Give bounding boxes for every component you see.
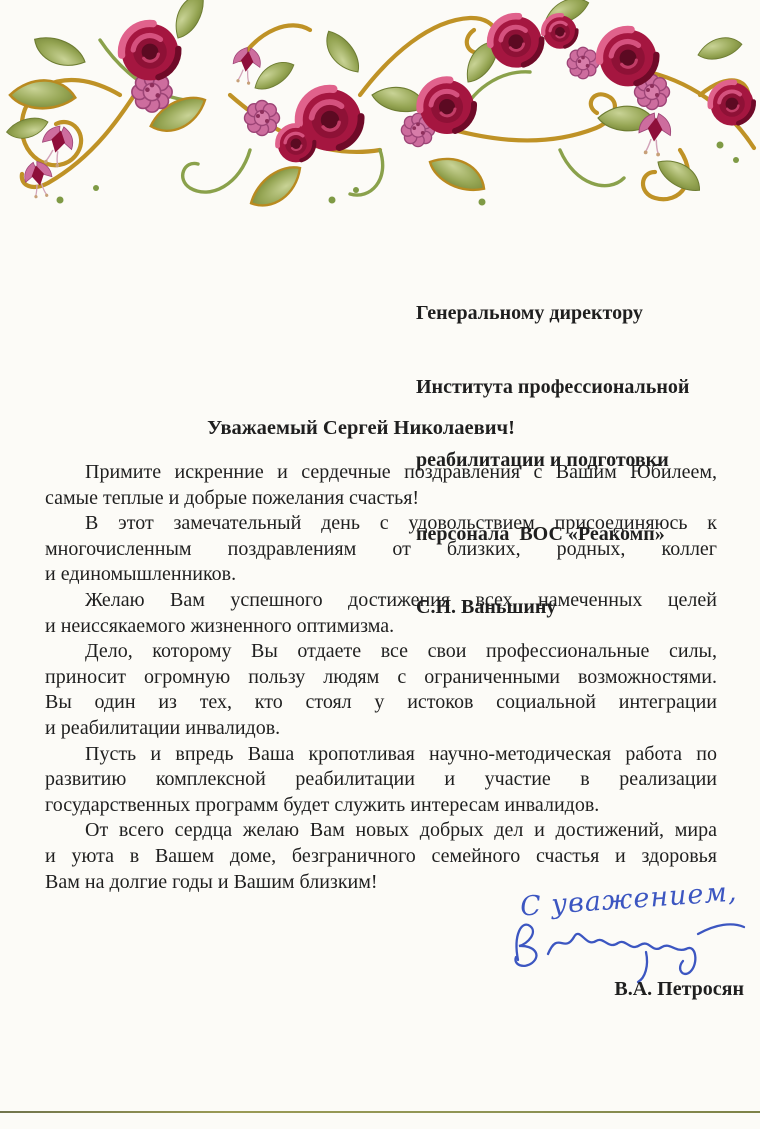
body-line: В этот замечательный день с удовольствие… [45, 511, 717, 537]
body-line: Вы один из тех, кто стоял у истоков соци… [45, 690, 717, 716]
letter-body: Примите искренние и сердечные поздравлен… [45, 460, 717, 895]
addressee-line: Генеральному директору [416, 301, 689, 326]
body-line: и неиссякаемого жизненного оптимизма. [45, 614, 717, 640]
body-line: государственных программ будет служить и… [45, 793, 717, 819]
body-line: От всего сердца желаю Вам новых добрых д… [45, 818, 717, 844]
body-line: Пусть и впредь Ваша кропотливая научно-м… [45, 742, 717, 768]
salutation: Уважаемый Сергей Николаевич! [45, 417, 677, 440]
body-line: многочисленным поздравлениям от близких,… [45, 537, 717, 563]
body-line: самые теплые и добрые пожелания счастья! [45, 486, 717, 512]
paragraph: От всего сердца желаю Вам новых добрых д… [45, 818, 717, 895]
body-line: развитию комплексной реабилитации и учас… [45, 767, 717, 793]
addressee-line: Института профессиональной [416, 375, 689, 400]
body-line: Желаю Вам успешного достижения всех наме… [45, 588, 717, 614]
paragraph: Примите искренние и сердечные поздравлен… [45, 460, 717, 511]
paragraph: Пусть и впредь Ваша кропотливая научно-м… [45, 742, 717, 819]
letter-page: Генеральному директору Института професс… [0, 0, 760, 1129]
signature-scribble [498, 912, 754, 984]
body-line: и единомышленников. [45, 562, 717, 588]
body-line: Примите искренние и сердечные поздравлен… [45, 460, 717, 486]
body-line: Дело, которому Вы отдаете все свои профе… [45, 639, 717, 665]
page-bottom-rule [0, 1111, 760, 1113]
paragraph: Желаю Вам успешного достижения всех наме… [45, 588, 717, 639]
floral-garland-decoration [0, 0, 760, 215]
body-line: и уюта в Вашем доме, безграничного семей… [45, 844, 717, 870]
body-line: приносит огромную пользу людям с огранич… [45, 665, 717, 691]
typed-name: В.А. Петросян [614, 978, 744, 1001]
body-line: и реабилитации инвалидов. [45, 716, 717, 742]
paragraph: Дело, которому Вы отдаете все свои профе… [45, 639, 717, 741]
paragraph: В этот замечательный день с удовольствие… [45, 511, 717, 588]
